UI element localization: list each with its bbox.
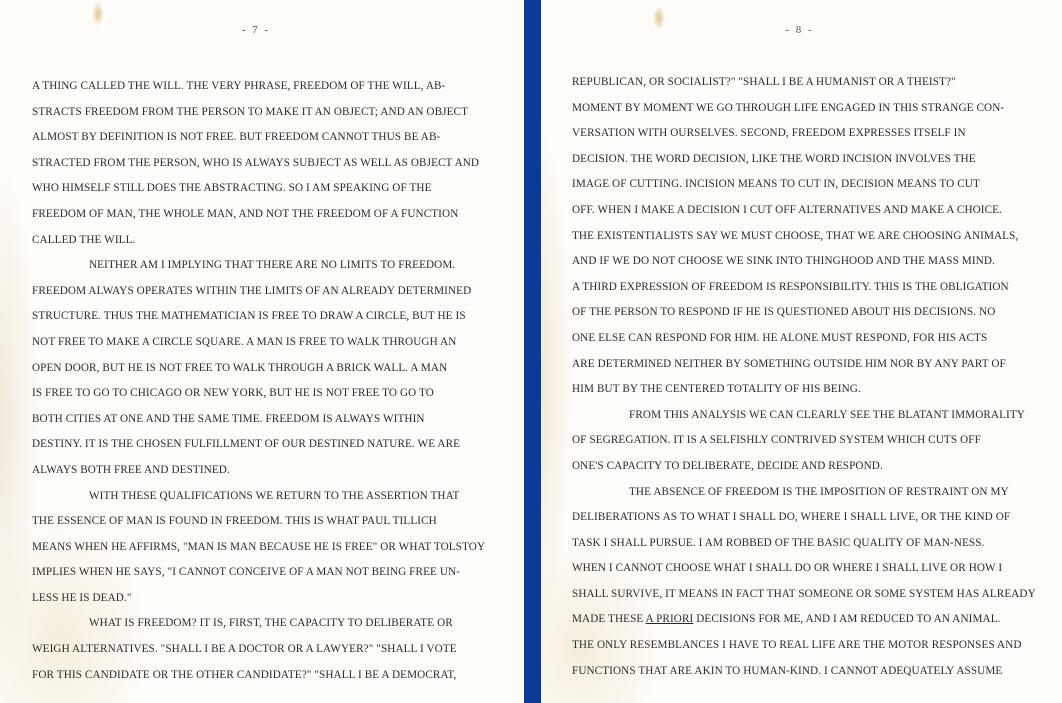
text-line: FREEDOM OF MAN, THE WHOLE MAN, AND NOT T…: [32, 202, 485, 228]
text-line: WHAT IS FREEDOM? IT IS, FIRST, THE CAPAC…: [32, 611, 485, 637]
text-line: IMPLIES WHEN HE SAYS, "I CANNOT CONCEIVE…: [32, 560, 485, 586]
text-line: LESS HE IS DEAD.": [32, 586, 485, 612]
text-line: ONE'S CAPACITY TO DELIBERATE, DECIDE AND…: [572, 454, 1036, 480]
text-line: IMAGE OF CUTTING. INCISION MEANS TO CUT …: [572, 172, 1036, 198]
text-line: THE ONLY RESEMBLANCES I HAVE TO REAL LIF…: [572, 633, 1036, 659]
text-line: WHEN I CANNOT CHOOSE WHAT I SHALL DO OR …: [572, 556, 1036, 582]
text-line: A THING CALLED THE WILL. THE VERY PHRASE…: [32, 74, 485, 100]
text-line: ALWAYS BOTH FREE AND DESTINED.: [32, 458, 485, 484]
text-line: WITH THESE QUALIFICATIONS WE RETURN TO T…: [32, 484, 485, 510]
text-line: IS FREE TO GO TO CHICAGO OR NEW YORK, BU…: [32, 381, 485, 407]
text-line: NOT FREE TO MAKE A CIRCLE SQUARE. A MAN …: [32, 330, 485, 356]
underlined-phrase: A PRIORI: [646, 613, 694, 625]
text-line: A THIRD EXPRESSION OF FREEDOM IS RESPONS…: [572, 275, 1036, 301]
page-7: - 7 - A THING CALLED THE WILL. THE VERY …: [0, 0, 524, 703]
text-line: DELIBERATIONS AS TO WHAT I SHALL DO, WHE…: [572, 505, 1036, 531]
page-8: - 8 - REPUBLICAN, OR SOCIALIST?" "SHALL …: [541, 0, 1062, 703]
text-line: FREEDOM ALWAYS OPERATES WITHIN THE LIMIT…: [32, 279, 485, 305]
text-line: STRACTS FREEDOM FROM THE PERSON TO MAKE …: [32, 100, 485, 126]
page-number: - 8 -: [541, 24, 1060, 36]
text-line: WHO HIMSELF STILL DOES THE ABSTRACTING. …: [32, 176, 485, 202]
text-line: STRUCTURE. THUS THE MATHEMATICIAN IS FRE…: [32, 304, 485, 330]
text-line: THE ESSENCE OF MAN IS FOUND IN FREEDOM. …: [32, 509, 485, 535]
text-line: OPEN DOOR, BUT HE IS NOT FREE TO WALK TH…: [32, 356, 485, 382]
text-line: MEANS WHEN HE AFFIRMS, "MAN IS MAN BECAU…: [32, 535, 485, 561]
text-line: CALLED THE WILL.: [32, 228, 485, 254]
text-line: ONE ELSE CAN RESPOND FOR HIM. HE ALONE M…: [572, 326, 1036, 352]
text-line: OFF. WHEN I MAKE A DECISION I CUT OFF AL…: [572, 198, 1036, 224]
text-line: ALMOST BY DEFINITION IS NOT FREE. BUT FR…: [32, 125, 485, 151]
text-line: FOR THIS CANDIDATE OR THE OTHER CANDIDAT…: [32, 663, 485, 689]
text-line: ARE DETERMINED NEITHER BY SOMETHING OUTS…: [572, 352, 1036, 378]
text-line: THE EXISTENTIALISTS SAY WE MUST CHOOSE, …: [572, 224, 1036, 250]
text-line: WEIGH ALTERNATIVES. "SHALL I BE A DOCTOR…: [32, 637, 485, 663]
text-line: DESTINY. IT IS THE CHOSEN FULFILLMENT OF…: [32, 432, 485, 458]
page-number: - 7 -: [0, 24, 518, 36]
text-line: HIM BUT BY THE CENTERED TOTALITY OF HIS …: [572, 377, 1036, 403]
text-line: OF THE PERSON TO RESPOND IF HE IS QUESTI…: [572, 300, 1036, 326]
text-line: DECISION. THE WORD DECISION, LIKE THE WO…: [572, 147, 1036, 173]
text-line: REPUBLICAN, OR SOCIALIST?" "SHALL I BE A…: [572, 70, 1036, 96]
page-body: REPUBLICAN, OR SOCIALIST?" "SHALL I BE A…: [572, 70, 1036, 684]
text-line: FUNCTIONS THAT ARE AKIN TO HUMAN-KIND. I…: [572, 659, 1036, 685]
text-line: NEITHER AM I IMPLYING THAT THERE ARE NO …: [32, 253, 485, 279]
page-body: A THING CALLED THE WILL. THE VERY PHRASE…: [32, 74, 485, 688]
text-line: BOTH CITIES AT ONE AND THE SAME TIME. FR…: [32, 407, 485, 433]
text-line: THE ABSENCE OF FREEDOM IS THE IMPOSITION…: [572, 480, 1036, 506]
text-line: MADE THESE A PRIORI DECISIONS FOR ME, AN…: [572, 607, 1036, 633]
text-line: OF SEGREGATION. IT IS A SELFISHLY CONTRI…: [572, 428, 1036, 454]
text-line: TASK I SHALL PURSUE. I AM ROBBED OF THE …: [572, 531, 1036, 557]
text-line: STRACTED FROM THE PERSON, WHO IS ALWAYS …: [32, 151, 485, 177]
text-line: MOMENT BY MOMENT WE GO THROUGH LIFE ENGA…: [572, 96, 1036, 122]
page-divider: [524, 0, 541, 703]
text-line: VERSATION WITH OURSELVES. SECOND, FREEDO…: [572, 121, 1036, 147]
text-line: FROM THIS ANALYSIS WE CAN CLEARLY SEE TH…: [572, 403, 1036, 429]
text-line: SHALL SURVIVE, IT MEANS IN FACT THAT SOM…: [572, 582, 1036, 608]
text-line: AND IF WE DO NOT CHOOSE WE SINK INTO THI…: [572, 249, 1036, 275]
